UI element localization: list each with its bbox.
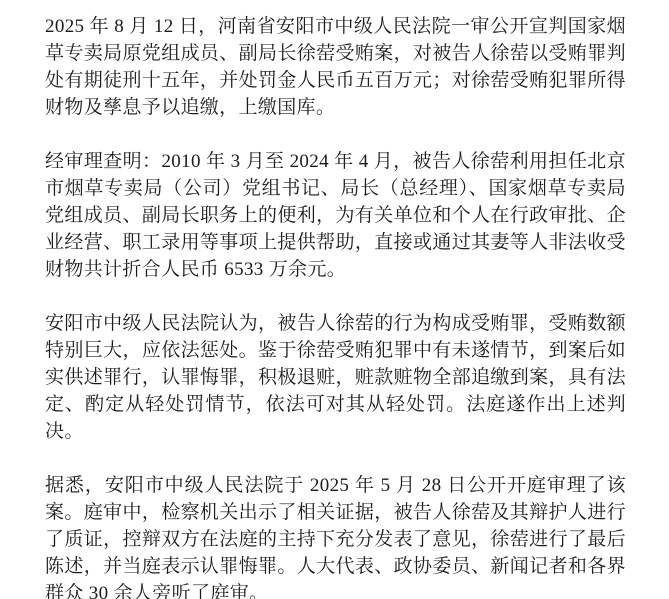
page: 2025 年 8 月 12 日，河南省安阳市中级人民法院一审公开宣判国家烟草专卖… [0, 0, 669, 599]
paragraph-verdict: 2025 年 8 月 12 日，河南省安阳市中级人民法院一审公开宣判国家烟草专卖… [45, 13, 626, 121]
paragraph-trial-details: 据悉，安阳市中级人民法院于 2025 年 5 月 28 日公开开庭审理了该案。庭… [45, 472, 626, 599]
paragraph-facts-found: 经审理查明：2010 年 3 月至 2024 年 4 月，被告人徐䓨利用担任北京… [45, 148, 626, 283]
paragraph-court-opinion: 安阳市中级人民法院认为，被告人徐䓨的行为构成受贿罪，受贿数额特别巨大，应依法惩处… [45, 310, 626, 445]
article-body: 2025 年 8 月 12 日，河南省安阳市中级人民法院一审公开宣判国家烟草专卖… [0, 0, 669, 599]
